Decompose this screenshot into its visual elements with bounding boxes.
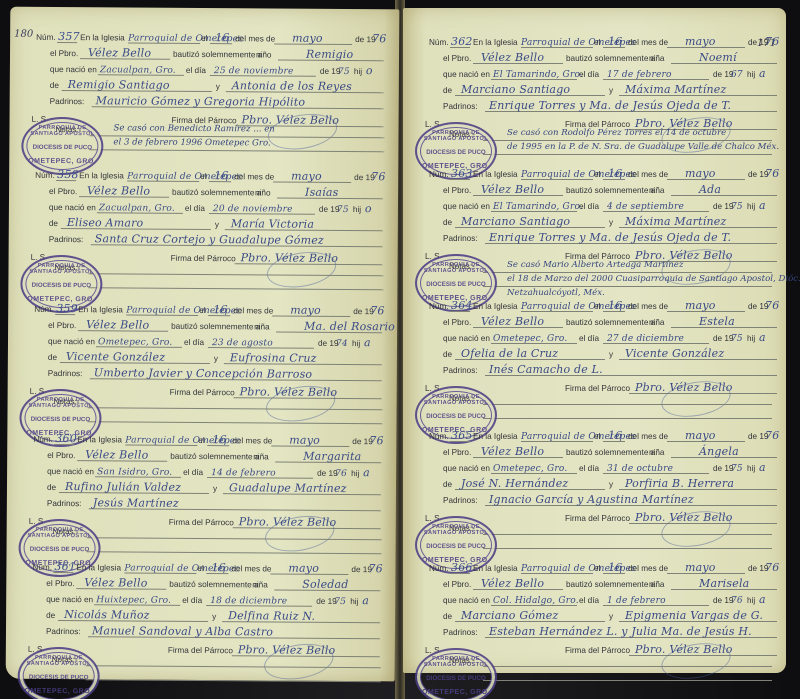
day-label: el día xyxy=(579,596,599,605)
month-label: del mes de xyxy=(235,34,275,43)
godparents-label: Padrinos: xyxy=(50,97,85,106)
right-page: 171 Núm. 362 En la Iglesia Parroquial de… xyxy=(403,8,786,673)
el-label: el xyxy=(199,306,205,315)
baptism-year: 76 xyxy=(368,562,382,575)
child-gender: niño xyxy=(255,188,271,197)
godparents-names: Mauricio Gómez y Gregoria Hipólito xyxy=(96,94,306,108)
signature-label: Firma del Párroco xyxy=(565,646,630,655)
born-label: que nació en xyxy=(443,334,490,343)
month-label: del mes de xyxy=(234,172,274,181)
entry-row-godparents: Padrinos: Inés Camacho de L. xyxy=(403,362,786,378)
child-gender: niña xyxy=(649,54,664,63)
el-label: el xyxy=(594,170,600,179)
born-label: que nació en xyxy=(46,595,93,604)
birthplace: Col. Hidalgo, Gro. xyxy=(493,596,579,606)
signature-label: Firma del Párroco xyxy=(171,254,236,263)
birth-date: 23 de agosto xyxy=(212,338,273,348)
hij-label: hij xyxy=(747,464,755,473)
baptism-day: 16 xyxy=(211,561,225,574)
stamp-town: OMETEPEC, GRO. xyxy=(417,689,495,696)
baptism-year: 76 xyxy=(765,35,779,48)
baptism-month: mayo xyxy=(291,170,322,183)
baptism-entry: Núm. 363 En la Iglesia Parroquial de Ome… xyxy=(403,154,786,282)
signature-label: Firma del Párroco xyxy=(565,514,630,523)
mother-name: Porfiria B. Herrera xyxy=(625,477,734,490)
godparents-label: Padrinos: xyxy=(47,499,82,508)
stamp-parish: PARROQUIA DE SANTIAGO APOSTOL xyxy=(21,527,99,540)
godparents-label: Padrinos: xyxy=(443,366,478,375)
baptism-day: 16 xyxy=(608,429,622,442)
de-label: de xyxy=(50,81,59,90)
hij-suffix: a xyxy=(759,593,766,606)
child-gender: niña xyxy=(253,452,269,461)
church-label: En la Iglesia xyxy=(473,38,518,47)
stamp-parish: PARROQUIA DE SANTIAGO APOSTOL xyxy=(22,263,100,276)
hij-label: hij xyxy=(747,70,755,79)
child-name: Marisela xyxy=(699,577,749,590)
and-label: y xyxy=(609,86,613,95)
baptism-day: 16 xyxy=(608,561,622,574)
child-name: Remigio xyxy=(306,48,353,61)
entry-row-birth: que nació en El Tamarindo, Gro. el día 1… xyxy=(403,66,786,82)
priest-name: Vélez Bello xyxy=(86,318,149,331)
hij-suffix: a xyxy=(362,594,369,607)
birth-date: 27 de diciembre xyxy=(607,334,684,344)
birth-date: 1 de febrero xyxy=(607,596,666,606)
entry-row-priest: el Pbro. Vélez Bello bautizó solemnement… xyxy=(403,182,786,198)
stamp-diocese: DIOCESIS DE PUCO xyxy=(20,674,98,682)
baptism-day: 16 xyxy=(214,169,228,182)
and-label: y xyxy=(212,612,216,621)
entry-row-birth: que nació en Col. Hidalgo, Gro. el día 1… xyxy=(403,592,786,608)
godparents-label: Padrinos: xyxy=(443,496,478,505)
el-label: el xyxy=(197,564,203,573)
baptism-entry: Núm. 357 En la Iglesia Parroquial de Ome… xyxy=(9,17,399,148)
entry-row-godparents: Padrinos: Umberto Javier y Concepción Ba… xyxy=(8,365,397,384)
child-gender: niña xyxy=(252,580,268,589)
baptism-year: 76 xyxy=(765,429,779,442)
baptized-label: bautizó solemnemente a xyxy=(169,580,258,590)
day-label: el día xyxy=(579,464,599,473)
baptism-year: 76 xyxy=(765,167,779,180)
baptism-month: mayo xyxy=(685,35,716,48)
de-label: de xyxy=(443,612,452,621)
stamp-town: OMETEPEC, GRO. xyxy=(20,688,98,696)
baptized-label: bautizó solemnemente a xyxy=(566,448,655,457)
de-label: de xyxy=(48,353,57,362)
baptism-day: 16 xyxy=(608,167,622,180)
father-name: José N. Hernández xyxy=(461,477,568,490)
entry-row-priest: el Pbro. Vélez Bello bautizó solemnement… xyxy=(403,50,786,66)
month-label: del mes de xyxy=(628,38,668,47)
de-label: de xyxy=(49,219,58,228)
father-name: Remigio Santiago xyxy=(68,78,170,92)
el-label: el xyxy=(201,34,207,43)
birthplace: El Tamarindo, Gro. xyxy=(493,202,583,212)
hij-suffix: a xyxy=(759,461,766,474)
notes-line-1: Se casó con Benedicto Ramírez ... en xyxy=(113,123,274,134)
entry-row-church: Núm. 366 En la Iglesia Parroquial de Ome… xyxy=(403,560,786,576)
priest-label: el Pbro. xyxy=(48,321,76,330)
born-label: que nació en xyxy=(49,203,96,212)
father-name: Rufino Julián Valdez xyxy=(65,480,181,494)
born-label: que nació en xyxy=(47,467,94,476)
month-label: del mes de xyxy=(628,564,668,573)
godparents-label: Padrinos: xyxy=(48,369,83,378)
priest-label: el Pbro. xyxy=(443,580,471,589)
entry-number: 362 xyxy=(451,35,473,48)
entry-number: 365 xyxy=(451,429,473,442)
priest-label: el Pbro. xyxy=(443,318,471,327)
born-label: que nació en xyxy=(443,70,490,79)
birth-year: 67 xyxy=(731,70,743,80)
church-label: En la Iglesia xyxy=(77,435,122,444)
godparents-names: Jesús Martínez xyxy=(93,496,179,510)
birth-date: 14 de febrero xyxy=(211,468,276,478)
entry-row-church: Núm. 364 En la Iglesia Parroquial de Ome… xyxy=(403,298,786,314)
baptism-entry: Núm. 360 En la Iglesia Parroquial de Ome… xyxy=(7,419,397,550)
birthplace: El Tamarindo, Gro. xyxy=(493,70,583,80)
signature-label: Firma del Párroco xyxy=(169,518,234,527)
priest-name: Vélez Bello xyxy=(481,445,544,458)
baptism-year: 76 xyxy=(765,299,779,312)
and-label: y xyxy=(216,82,220,91)
birth-year: 76 xyxy=(731,596,743,606)
month-label: del mes de xyxy=(628,302,668,311)
num-label: Núm. xyxy=(429,170,449,179)
day-label: el día xyxy=(184,338,204,347)
notes-line-2: de 1995 en la P. de N. Sra. de Guadalupe… xyxy=(507,142,779,152)
entry-row-godparents: Padrinos: Mauricio Gómez y Gregoria Hipó… xyxy=(10,93,399,112)
hij-label: hij xyxy=(747,202,755,211)
priest-name: Vélez Bello xyxy=(481,183,544,196)
signature-label: Firma del Párroco xyxy=(565,384,630,393)
and-label: y xyxy=(609,480,613,489)
born-label: que nació en xyxy=(443,596,490,605)
baptism-year: 76 xyxy=(369,434,383,447)
baptism-entry: Núm. 359 En la Iglesia Parroquial de Ome… xyxy=(7,289,397,420)
baptism-day: 16 xyxy=(212,433,226,446)
birthplace: Zacualpan, Gro. xyxy=(99,203,175,214)
parish-stamp: PARROQUIA DE SANTIAGO APOSTOL DIOCESIS D… xyxy=(415,648,497,699)
hij-suffix: a xyxy=(759,67,766,80)
church-label: En la Iglesia xyxy=(76,563,121,572)
godparents-names: Santa Cruz Cortejo y Guadalupe Gómez xyxy=(95,232,324,247)
birthplace: Ometepec, Gro. xyxy=(493,464,567,474)
hij-suffix: a xyxy=(759,199,766,212)
baptism-month: mayo xyxy=(290,304,321,317)
day-label: el día xyxy=(186,66,206,75)
baptism-month: mayo xyxy=(685,167,716,180)
entry-row-godparents: Padrinos: Manuel Sandoval y Alba Castro xyxy=(6,623,395,642)
priest-name: Vélez Bello xyxy=(88,46,151,59)
child-gender: niña xyxy=(649,318,664,327)
godparents-label: Padrinos: xyxy=(49,235,84,244)
month-label: del mes de xyxy=(232,436,272,445)
day-label: el día xyxy=(185,204,205,213)
child-name: Noemí xyxy=(699,51,737,64)
godparents-names: Esteban Hernández L. y Julia Ma. de Jesú… xyxy=(489,625,752,638)
and-label: y xyxy=(609,350,613,359)
baptism-month: mayo xyxy=(685,561,716,574)
hij-label: hij xyxy=(353,205,361,214)
hij-suffix: a xyxy=(364,336,371,349)
month-label: del mes de xyxy=(233,306,273,315)
birth-year: 75 xyxy=(731,334,743,344)
church-label: En la Iglesia xyxy=(473,432,518,441)
entry-row-church: Núm. 363 En la Iglesia Parroquial de Ome… xyxy=(403,166,786,182)
notes-line-1: Se casó Mario Alberto Arteaga Martínez xyxy=(507,260,683,270)
priest-name: Vélez Bello xyxy=(87,184,150,197)
church-label: En la Iglesia xyxy=(473,564,518,573)
godparents-label: Padrinos: xyxy=(46,627,81,636)
entry-row-priest: el Pbro. Vélez Bello bautizó solemnement… xyxy=(403,444,786,460)
notes-line-2: el 18 de Marzo del 2000 Cuasiparroquia d… xyxy=(507,274,800,284)
entry-row-parents: de Marciano Santiago y Máxima Martínez xyxy=(403,214,786,230)
num-label: Núm. xyxy=(429,302,449,311)
de-label: de xyxy=(443,350,452,359)
child-name: Estela xyxy=(699,315,735,328)
priest-name: Vélez Bello xyxy=(85,448,148,461)
baptism-entry: Núm. 361 En la Iglesia Parroquial de Ome… xyxy=(6,547,396,678)
church-label: En la Iglesia xyxy=(473,302,518,311)
num-label: Núm. xyxy=(33,435,53,444)
godparents-names: Manuel Sandoval y Alba Castro xyxy=(92,624,273,638)
parish-stamp: PARROQUIA DE SANTIAGO APOSTOL DIOCESIS D… xyxy=(17,647,99,699)
mother-name: Guadalupe Martínez xyxy=(229,481,347,495)
entry-row-godparents: Padrinos: Jesús Martínez xyxy=(7,495,396,514)
de-label: de xyxy=(443,86,452,95)
entry-row-godparents: Padrinos: Ignacio García y Agustina Mart… xyxy=(403,492,786,508)
hij-label: hij xyxy=(351,469,359,478)
entry-number: 358 xyxy=(57,168,79,181)
and-label: y xyxy=(213,484,217,493)
birth-year: 75 xyxy=(731,202,743,212)
baptism-month: mayo xyxy=(685,429,716,442)
hij-label: hij xyxy=(354,67,362,76)
born-label: que nació en xyxy=(50,65,97,74)
baptism-year: 76 xyxy=(372,32,386,45)
stamp-diocese: DIOCESIS DE PUCO xyxy=(23,144,101,152)
baptism-month: mayo xyxy=(292,32,323,45)
birth-date: 4 de septiembre xyxy=(607,202,684,212)
priest-label: el Pbro. xyxy=(49,187,77,196)
godparents-names: Ignacio García y Agustina Martínez xyxy=(489,493,694,506)
baptized-label: bautizó solemnemente a xyxy=(170,452,259,462)
birthplace: Zacualpan, Gro. xyxy=(100,65,176,76)
register-book-spread: 180 Núm. 357 En la Iglesia Parroquial de… xyxy=(0,0,800,699)
baptized-label: bautizó solemnemente a xyxy=(566,580,655,589)
born-label: que nació en xyxy=(48,337,95,346)
num-label: Núm. xyxy=(32,563,52,572)
priest-name: Vélez Bello xyxy=(481,315,544,328)
stamp-parish: PARROQUIA DE SANTIAGO APOSTOL xyxy=(20,655,98,668)
baptism-year: 76 xyxy=(765,561,779,574)
baptism-entry: Núm. 364 En la Iglesia Parroquial de Ome… xyxy=(403,286,786,414)
godparents-label: Padrinos: xyxy=(443,102,478,111)
child-name: Isaías xyxy=(305,186,339,199)
and-label: y xyxy=(609,612,613,621)
entry-row-parents: de Ofelia de la Cruz y Vicente González xyxy=(403,346,786,362)
el-label: el xyxy=(594,432,600,441)
birth-year: 76 xyxy=(335,469,347,479)
child-name: Ma. del Rosario xyxy=(304,320,395,334)
birth-year: 75 xyxy=(731,464,743,474)
entry-row-church: Núm. 365 En la Iglesia Parroquial de Ome… xyxy=(403,428,786,444)
birth-year: 75 xyxy=(334,597,346,607)
father-name: Vicente González xyxy=(66,350,165,364)
num-label: Núm. xyxy=(429,432,449,441)
baptized-label: bautizó solemnemente a xyxy=(172,188,261,198)
mother-name: Máxima Martínez xyxy=(625,215,726,228)
hij-suffix: o xyxy=(365,202,372,215)
left-page: 180 Núm. 357 En la Iglesia Parroquial de… xyxy=(6,7,400,682)
day-label: el día xyxy=(579,334,599,343)
godparents-names: Enrique Torres y Ma. de Jesús Ojeda de T… xyxy=(489,99,731,112)
baptized-label: bautizó solemnemente a xyxy=(566,186,655,195)
child-gender: niña xyxy=(254,322,270,331)
entry-row-priest: el Pbro. Vélez Bello bautizó solemnement… xyxy=(403,576,786,592)
church-label: En la Iglesia xyxy=(80,33,125,42)
hij-label: hij xyxy=(747,334,755,343)
baptism-month: mayo xyxy=(289,434,320,447)
de-label: de xyxy=(443,480,452,489)
baptism-day: 16 xyxy=(608,299,622,312)
and-label: y xyxy=(215,220,219,229)
entry-number: 366 xyxy=(451,561,473,574)
mother-name: Eufrosina Cruz xyxy=(230,351,317,365)
birthplace: San Isidro, Gro. xyxy=(97,467,172,478)
mother-name: Delfina Ruiz N. xyxy=(228,609,315,623)
mother-name: María Victoria xyxy=(231,217,314,231)
baptism-month: mayo xyxy=(288,562,319,575)
father-name: Nicolás Muñoz xyxy=(64,608,150,622)
priest-label: el Pbro. xyxy=(46,579,74,588)
priest-name: Vélez Bello xyxy=(481,51,544,64)
stamp-parish: PARROQUIA DE SANTIAGO APOSTOL xyxy=(417,656,495,668)
church-label: En la Iglesia xyxy=(473,170,518,179)
father-name: Marciano Santiago xyxy=(461,83,570,96)
entry-row-birth: que nació en El Tamarindo, Gro. el día 4… xyxy=(403,198,786,214)
entry-row-godparents: Padrinos: Enrique Torres y Ma. de Jesús … xyxy=(403,98,786,114)
num-label: Núm. xyxy=(34,305,54,314)
birthplace: Ometepec, Gro. xyxy=(98,337,173,348)
signature-label: Firma del Párroco xyxy=(168,646,233,655)
day-label: el día xyxy=(182,596,202,605)
priest-name: Vélez Bello xyxy=(481,577,544,590)
month-label: del mes de xyxy=(628,432,668,441)
de-label: de xyxy=(46,611,55,620)
birth-date: 20 de noviembre xyxy=(213,204,293,215)
birth-year: 74 xyxy=(336,339,348,349)
hij-label: hij xyxy=(350,597,358,606)
baptism-year: 76 xyxy=(371,170,385,183)
stamp-parish: PARROQUIA DE SANTIAGO APOSTOL xyxy=(417,262,495,274)
entry-number: 361 xyxy=(54,560,76,573)
baptism-month: mayo xyxy=(685,299,716,312)
entry-row-godparents: Padrinos: Esteban Hernández L. y Julia M… xyxy=(403,624,786,640)
de-label: de xyxy=(47,483,56,492)
baptism-entry: Núm. 366 En la Iglesia Parroquial de Ome… xyxy=(403,548,786,676)
hij-suffix: o xyxy=(366,64,373,77)
hij-suffix: a xyxy=(363,466,370,479)
baptized-label: bautizó solemnemente a xyxy=(566,318,655,327)
num-label: Núm. xyxy=(35,171,55,180)
and-label: y xyxy=(609,218,613,227)
birth-date: 18 de diciembre xyxy=(210,596,287,607)
hij-label: hij xyxy=(747,596,755,605)
num-label: Núm. xyxy=(36,33,56,42)
priest-name: Vélez Bello xyxy=(84,576,147,589)
mother-name: Vicente González xyxy=(625,347,724,360)
notes-line-1: Se casó con Rodolfo Pérez Torres el 14 d… xyxy=(507,128,726,138)
signature-label: Firma del Párroco xyxy=(170,388,235,397)
godparents-names: Umberto Javier y Concepción Barroso xyxy=(94,366,313,381)
child-gender: niña xyxy=(649,580,664,589)
father-name: Ofelia de la Cruz xyxy=(461,347,558,360)
mother-name: Máxima Martínez xyxy=(625,83,726,96)
entry-row-parents: de Marciano Gómez y Epigmenia Vargas de … xyxy=(403,608,786,624)
stamp-parish: PARROQUIA DE SANTIAGO APOSTOL xyxy=(417,130,495,142)
stamp-parish: PARROQUIA DE SANTIAGO APOSTOL xyxy=(23,125,101,138)
entry-number: 360 xyxy=(55,432,77,445)
stamp-parish: PARROQUIA DE SANTIAGO APOSTOL xyxy=(417,394,495,406)
el-label: el xyxy=(594,38,600,47)
hij-suffix: a xyxy=(759,331,766,344)
hij-label: hij xyxy=(352,339,360,348)
entry-row-godparents: Padrinos: Enrique Torres y Ma. de Jesús … xyxy=(403,230,786,246)
church-label: En la Iglesia xyxy=(78,305,123,314)
priest-label: el Pbro. xyxy=(443,186,471,195)
baptism-entry: Núm. 358 En la Iglesia Parroquial de Ome… xyxy=(8,155,398,286)
entry-row-parents: de Marciano Santiago y Máxima Martínez xyxy=(403,82,786,98)
priest-label: el Pbro. xyxy=(443,54,471,63)
birthplace: Ometepec, Gro. xyxy=(493,334,567,344)
stamp-diocese: DIOCESIS DE PUCO xyxy=(417,675,495,682)
godparents-names: Inés Camacho de L. xyxy=(489,363,603,376)
day-label: el día xyxy=(183,468,203,477)
entry-row-godparents: Padrinos: Santa Cruz Cortejo y Guadalupe… xyxy=(9,231,398,250)
father-name: Eliseo Amaro xyxy=(67,216,144,230)
el-label: el xyxy=(198,436,204,445)
baptism-day: 16 xyxy=(213,303,227,316)
el-label: el xyxy=(594,302,600,311)
baptism-day: 16 xyxy=(608,35,622,48)
birth-date: 17 de febrero xyxy=(607,70,672,80)
baptized-label: bautizó solemnemente a xyxy=(566,54,655,63)
day-label: el día xyxy=(579,70,599,79)
birth-year: 75 xyxy=(337,205,349,215)
birth-date: 31 de octubre xyxy=(607,464,673,474)
birth-year: 75 xyxy=(338,67,350,77)
godparents-label: Padrinos: xyxy=(443,234,478,243)
stamp-parish: PARROQUIA DE SANTIAGO APOSTOL xyxy=(417,524,495,536)
mother-name: Antonia de los Reyes xyxy=(232,79,352,93)
baptism-entry: Núm. 365 En la Iglesia Parroquial de Ome… xyxy=(403,416,786,544)
entry-number: 363 xyxy=(451,167,473,180)
el-label: el xyxy=(200,172,206,181)
month-label: del mes de xyxy=(231,564,271,573)
mother-name: Epigmenia Vargas de G. xyxy=(625,609,763,622)
entry-row-birth: que nació en Ometepec, Gro. el día 31 de… xyxy=(403,460,786,476)
child-name: Ada xyxy=(699,183,721,196)
child-gender: niño xyxy=(256,50,272,59)
num-label: Núm. xyxy=(429,564,449,573)
el-label: el xyxy=(594,564,600,573)
stamp-parish: PARROQUIA DE SANTIAGO APOSTOL xyxy=(22,397,100,410)
father-name: Marciano Gómez xyxy=(461,609,558,622)
birth-date: 25 de noviembre xyxy=(214,66,294,77)
